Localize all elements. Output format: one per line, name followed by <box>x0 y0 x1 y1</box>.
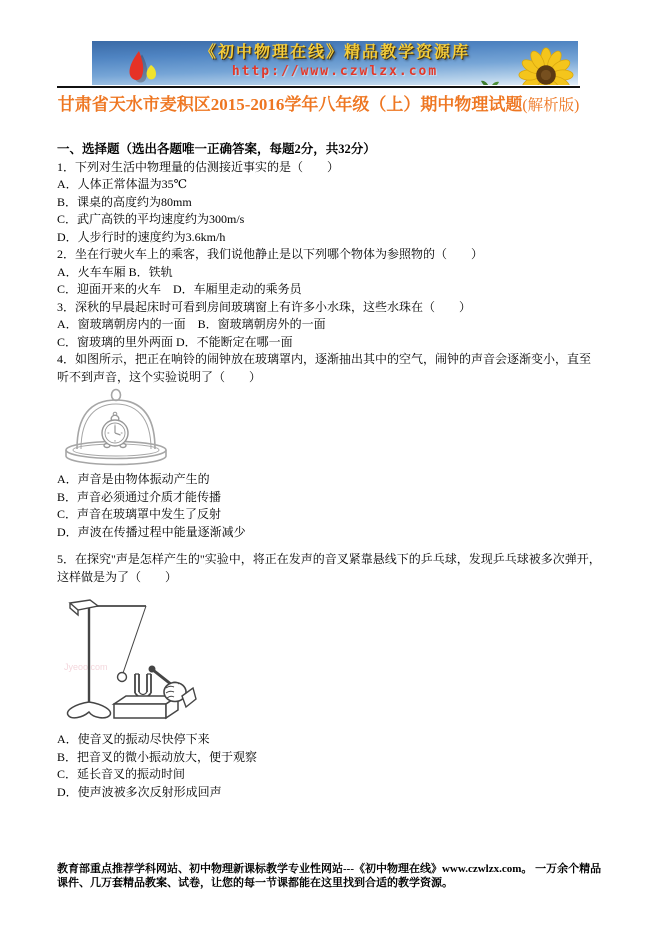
page-title-main: 甘肃省天水市麦积区2015-2016学年八年级（上）期中物理试题 <box>58 95 523 114</box>
question-1-option-a: A．人体正常体温为35℃ <box>57 176 609 194</box>
question-4-stem-line1: 4．如图所示，把正在响铃的闹钟放在玻璃罩内，逐渐抽出其中的空气，闹钟的声音会逐渐… <box>57 351 609 369</box>
question-1-stem: 1．下列对生活中物理量的估测接近事实的是（ ） <box>57 159 609 177</box>
question-3-stem: 3．深秋的早晨起床时可看到房间玻璃窗上有许多小水珠，这些水珠在（ ） <box>57 299 609 317</box>
footer-promo-text: 教育部重点推荐学科网站、初中物理新课标教学专业性网站---《初中物理在线》www… <box>57 863 609 890</box>
exam-content: 一、选择题（选出各题唯一正确答案，每题2分，共32分） 1．下列对生活中物理量的… <box>57 141 609 801</box>
sunflower-icon <box>518 47 574 85</box>
question-4-option-d: D．声波在传播过程中能量逐渐减少 <box>57 524 609 542</box>
question-1-option-b: B．课桌的高度约为80mm <box>57 194 609 212</box>
question-5-option-b: B．把音叉的微小振动放大，便于观察 <box>57 749 609 767</box>
page-title-suffix: (解析版) <box>522 97 579 114</box>
question-1-option-d: D．人步行时的速度约为3.6km/h <box>57 229 609 247</box>
section-heading: 一、选择题（选出各题唯一正确答案，每题2分，共32分） <box>57 141 609 159</box>
question-2-stem: 2．坐在行驶火车上的乘客，我们说他静止是以下列哪个物体为参照物的（ ） <box>57 246 609 264</box>
base-plate-rim <box>66 450 166 464</box>
question-5-option-a: A．使音叉的振动尽快停下来 <box>57 731 609 749</box>
tuning-fork-figure: Jyeoo.com <box>62 596 609 728</box>
question-4-option-a: A．声音是由物体振动产生的 <box>57 471 609 489</box>
question-3-options-ab: A．窗玻璃朝房内的一面 B．窗玻璃朝房外的一面 <box>57 316 609 334</box>
question-4-stem-line2: 听不到声音，这个实验说明了（ ） <box>57 369 609 387</box>
jar-knob <box>112 390 121 401</box>
page-title: 甘肃省天水市麦积区2015-2016学年八年级（上）期中物理试题(解析版) <box>57 93 580 117</box>
question-5-stem-line2: 这样做是为了（ ） <box>57 569 609 587</box>
question-3-options-cd: C．窗玻璃的里外两面 D．不能断定在哪一面 <box>57 334 609 352</box>
question-5-stem-line1: 5．在探究"声是怎样产生的"实验中，将正在发声的音叉紧靠悬线下的乒乓球，发现乒乓… <box>57 551 609 569</box>
question-2-options-cd: C．迎面开来的火车 D．车厢里走动的乘务员 <box>57 281 609 299</box>
watermark-text: Jyeoo.com <box>64 662 108 672</box>
question-1-option-c: C．武广高铁的平均速度约为300m/s <box>57 211 609 229</box>
banner-site-url: http://www.czwlzx.com <box>92 63 578 80</box>
question-4-option-b: B．声音必须通过介质才能传播 <box>57 489 609 507</box>
bell-jar-figure <box>62 388 609 468</box>
pendulum-string <box>123 606 146 673</box>
site-banner: 《初中物理在线》精品教学资源库 http://www.czwlzx.com <box>92 41 578 85</box>
banner-divider <box>57 86 580 88</box>
question-5-option-c: C．延长音叉的振动时间 <box>57 766 609 784</box>
alarm-clock-icon <box>102 412 128 447</box>
banner-site-title: 《初中物理在线》精品教学资源库 <box>92 42 578 63</box>
question-4-option-c: C．声音在玻璃罩中发生了反射 <box>57 506 609 524</box>
stand-foot <box>68 702 111 718</box>
stand-clamp <box>70 600 98 615</box>
blank-line-spacer <box>57 541 609 551</box>
pendulum-ball <box>118 673 127 682</box>
banner-text-block: 《初中物理在线》精品教学资源库 http://www.czwlzx.com <box>92 42 578 80</box>
question-5-option-d: D．使声波被多次反射形成回声 <box>57 784 609 802</box>
question-2-options-ab: A．火车车厢 B．铁轨 <box>57 264 609 282</box>
document-page: 《初中物理在线》精品教学资源库 http://www.czwlzx.com <box>0 0 661 936</box>
green-sprig-icon <box>480 75 500 85</box>
